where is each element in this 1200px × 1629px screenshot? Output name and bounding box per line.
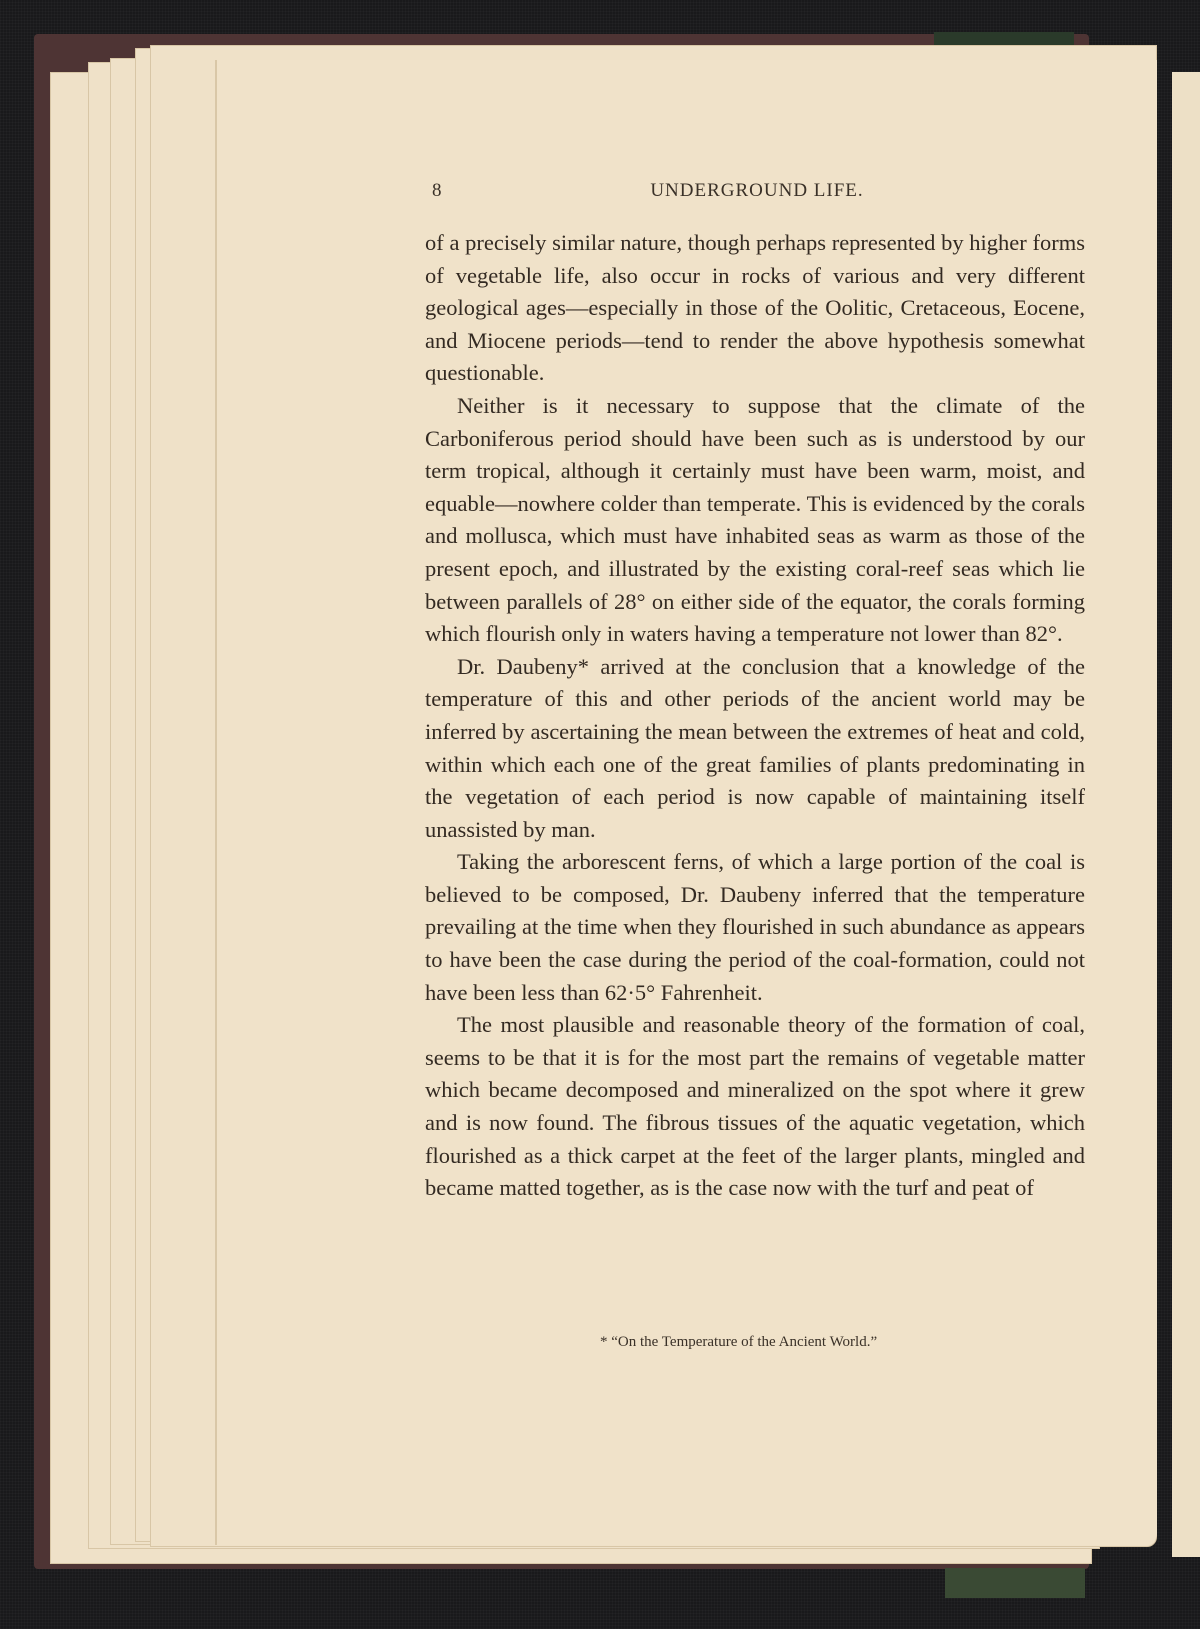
- page-body: of a precisely similar nature, though pe…: [425, 227, 1085, 1205]
- facing-page-edge: [1172, 72, 1200, 1557]
- paragraph: Taking the arborescent ferns, of which a…: [425, 846, 1085, 1009]
- book-spine-bottom: [945, 1568, 1085, 1598]
- paragraph: Dr. Daubeny* arrived at the conclusion t…: [425, 651, 1085, 847]
- paragraph: Neither is it necessary to suppose that …: [425, 390, 1085, 651]
- paragraph: The most plausible and reasonable theory…: [425, 1009, 1085, 1205]
- footnote: * “On the Temperature of the Ancient Wor…: [600, 1334, 877, 1351]
- running-head: UNDERGROUND LIFE.: [432, 180, 1082, 202]
- paragraph: of a precisely similar nature, though pe…: [425, 227, 1085, 390]
